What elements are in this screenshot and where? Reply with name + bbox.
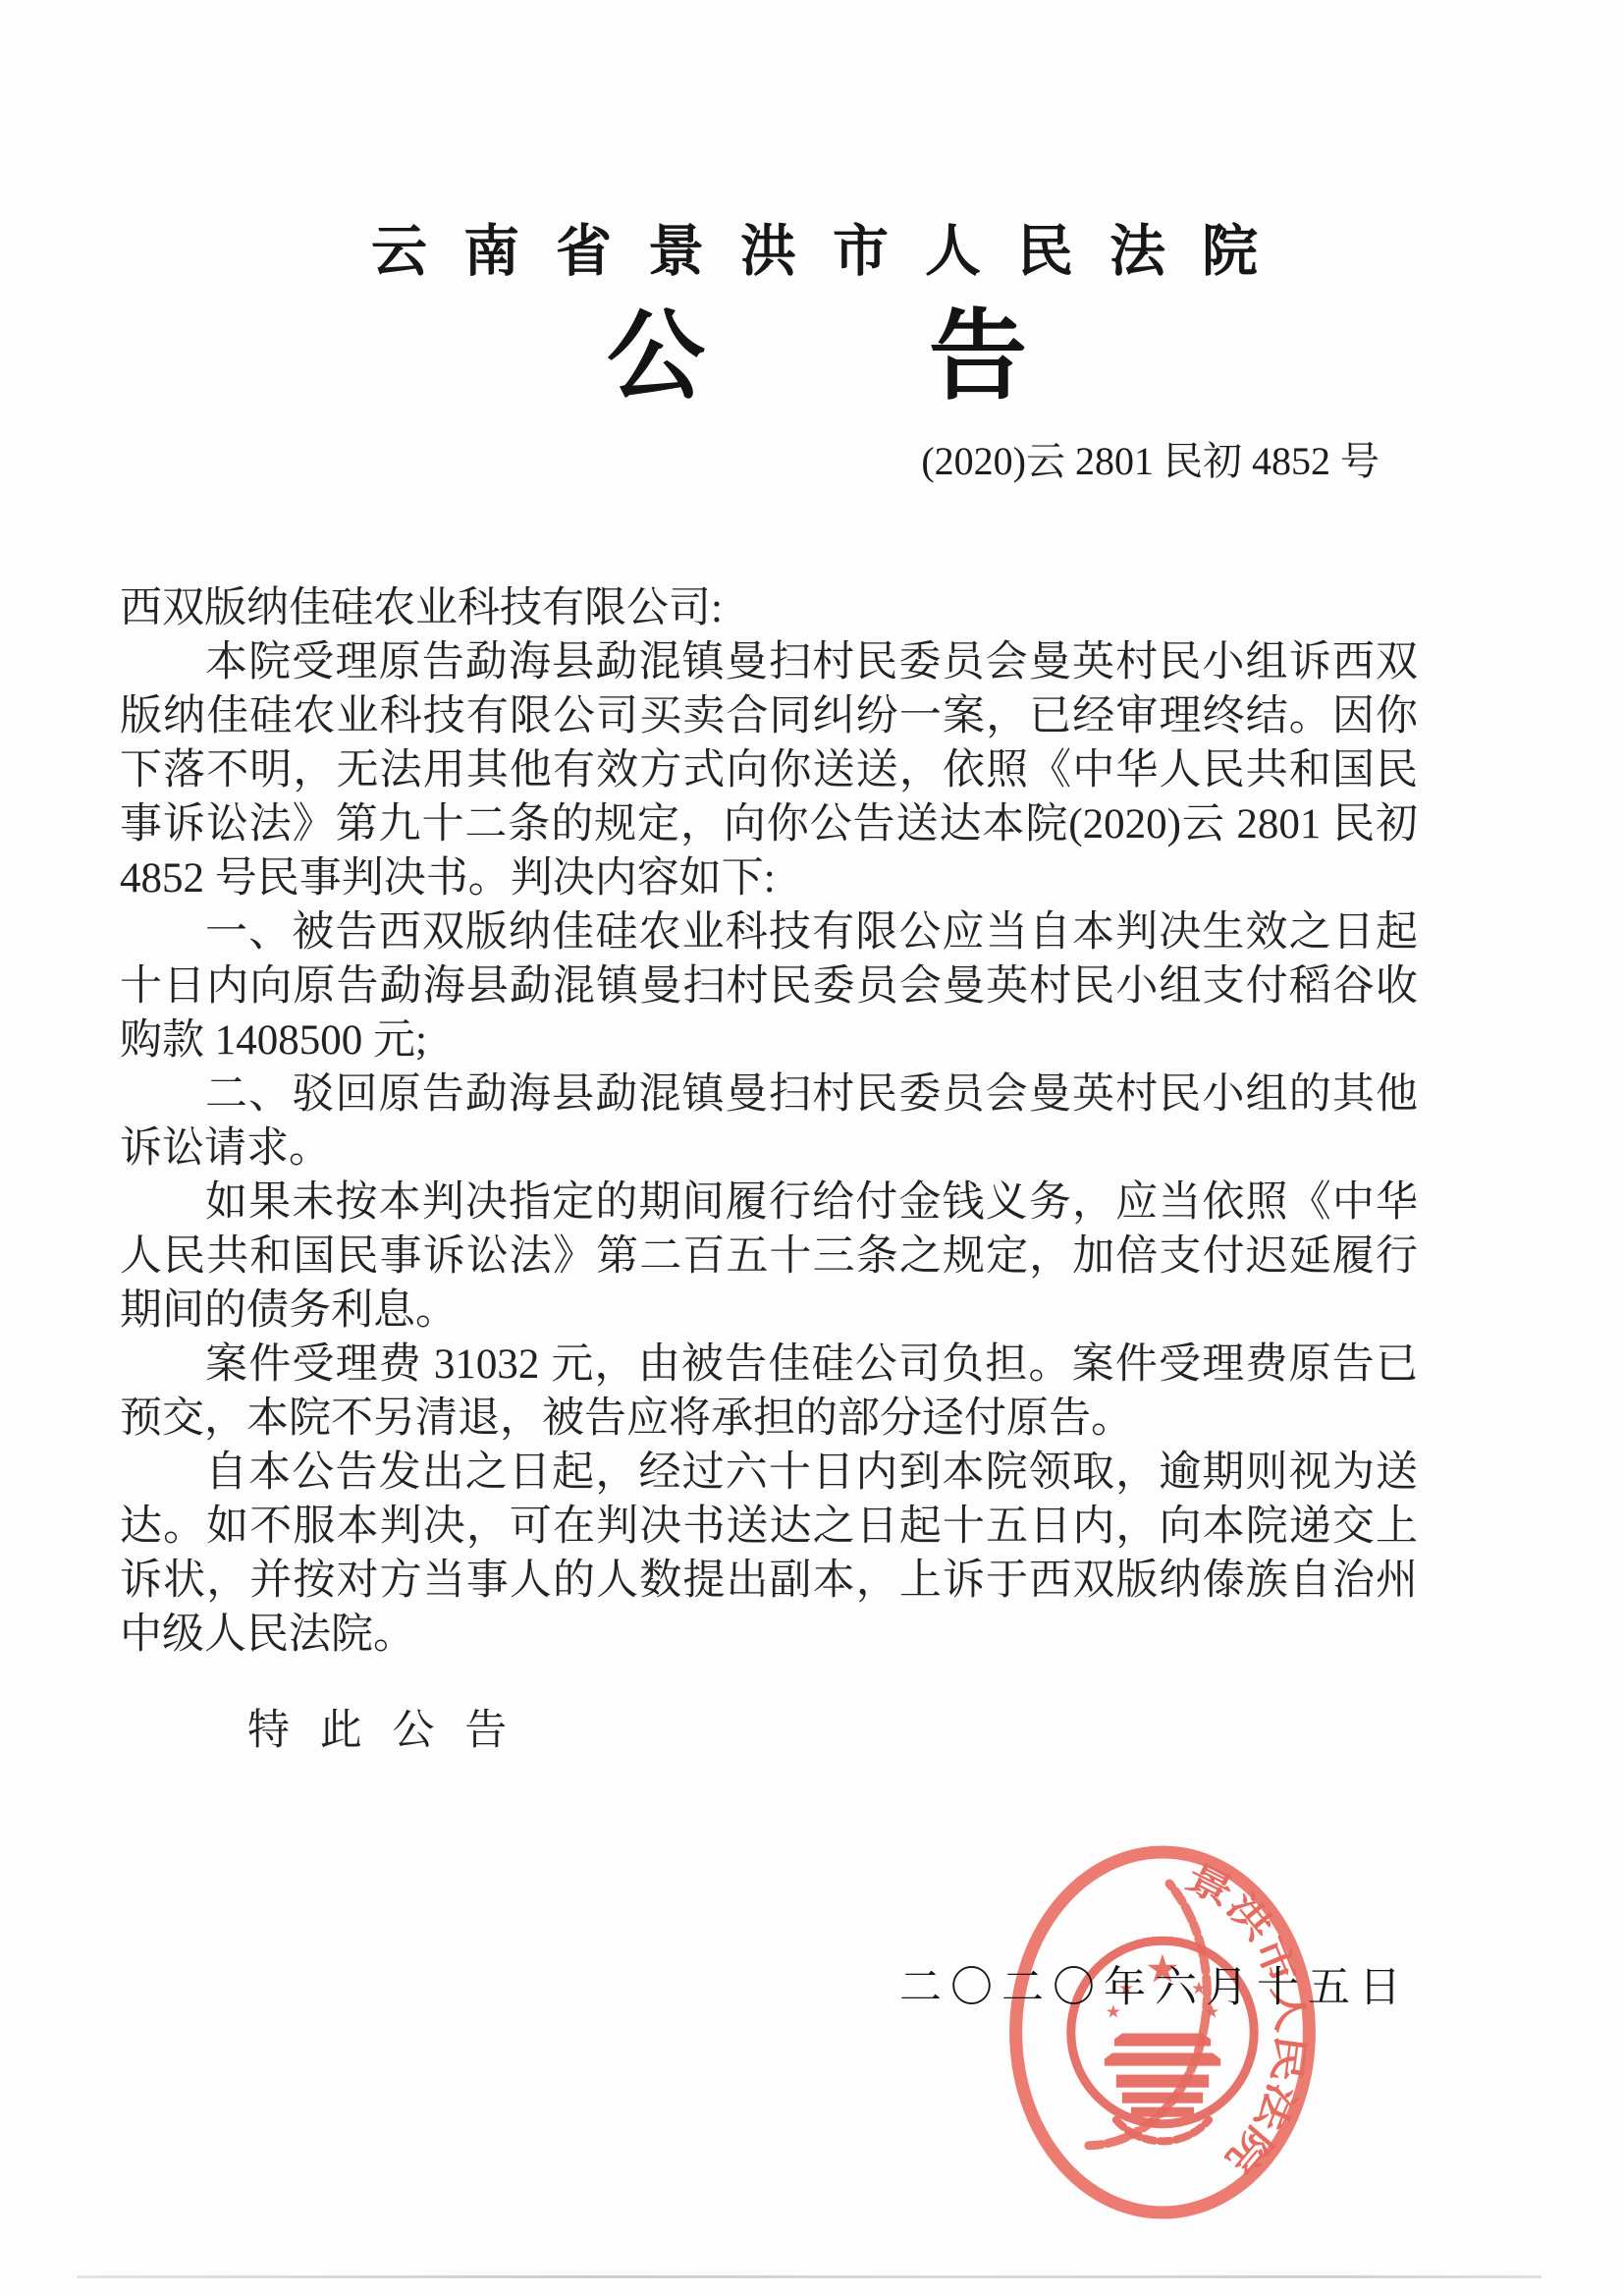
court-notice-page: 云南省景洪市人民法院 公告 (2020)云 2801 民初 4852 号 西双版… (0, 0, 1623, 2296)
body-paragraph: 如果未按本判决指定的期间履行给付金钱义务，应当依照《中华人民共和国民事诉讼法》第… (120, 1175, 1418, 1338)
body-paragraph: 案件受理费 31032 元，由被告佳硅公司负担。案件受理费原告已预交，本院不另清… (120, 1338, 1418, 1446)
scan-artifact-line (77, 2275, 1542, 2278)
body-paragraph: 本院受理原告勐海县勐混镇曼扫村民委员会曼英村民小组诉西双版纳佳硅农业科技有限公司… (120, 635, 1418, 905)
emblem-small-star-icon: ★ (1191, 1978, 1207, 1997)
emblem-small-star-icon: ★ (1118, 1978, 1134, 1997)
closing-line: 特 此 公 告 (247, 1697, 516, 1757)
body-paragraph: 二、驳回原告勐海县勐混镇曼扫村民委员会曼英村民小组的其他诉讼请求。 (120, 1067, 1418, 1175)
emblem-big-star-icon: ★ (1145, 1946, 1180, 1991)
emblem-small-star-icon: ★ (1204, 2001, 1219, 2021)
notice-heading: 公告 (607, 277, 1251, 418)
emblem-small-star-icon: ★ (1106, 2001, 1121, 2021)
addressee-line: 西双版纳佳硅农业科技有限公司: (120, 581, 1418, 635)
national-emblem-icon: ★ ★ ★ ★ ★ (1071, 1941, 1254, 2141)
official-seal: 景洪市人民法院 ★ ★ ★ ★ ★ (1000, 1838, 1325, 2227)
emblem-gate-icon (1105, 2034, 1220, 2117)
body-paragraph: 一、被告西双版纳佳硅农业科技有限公应当自本判决生效之日起十日内向原告勐海县勐混镇… (120, 905, 1418, 1067)
case-number: (2020)云 2801 民初 4852 号 (921, 430, 1380, 486)
notice-body: 西双版纳佳硅农业科技有限公司: 本院受理原告勐海县勐混镇曼扫村民委员会曼英村民小… (120, 581, 1418, 1662)
body-paragraph: 自本公告发出之日起，经过六十日内到本院领取，逾期则视为送达。如不服本判决，可在判… (120, 1446, 1418, 1662)
court-title: 云南省景洪市人民法院 (371, 206, 1294, 287)
